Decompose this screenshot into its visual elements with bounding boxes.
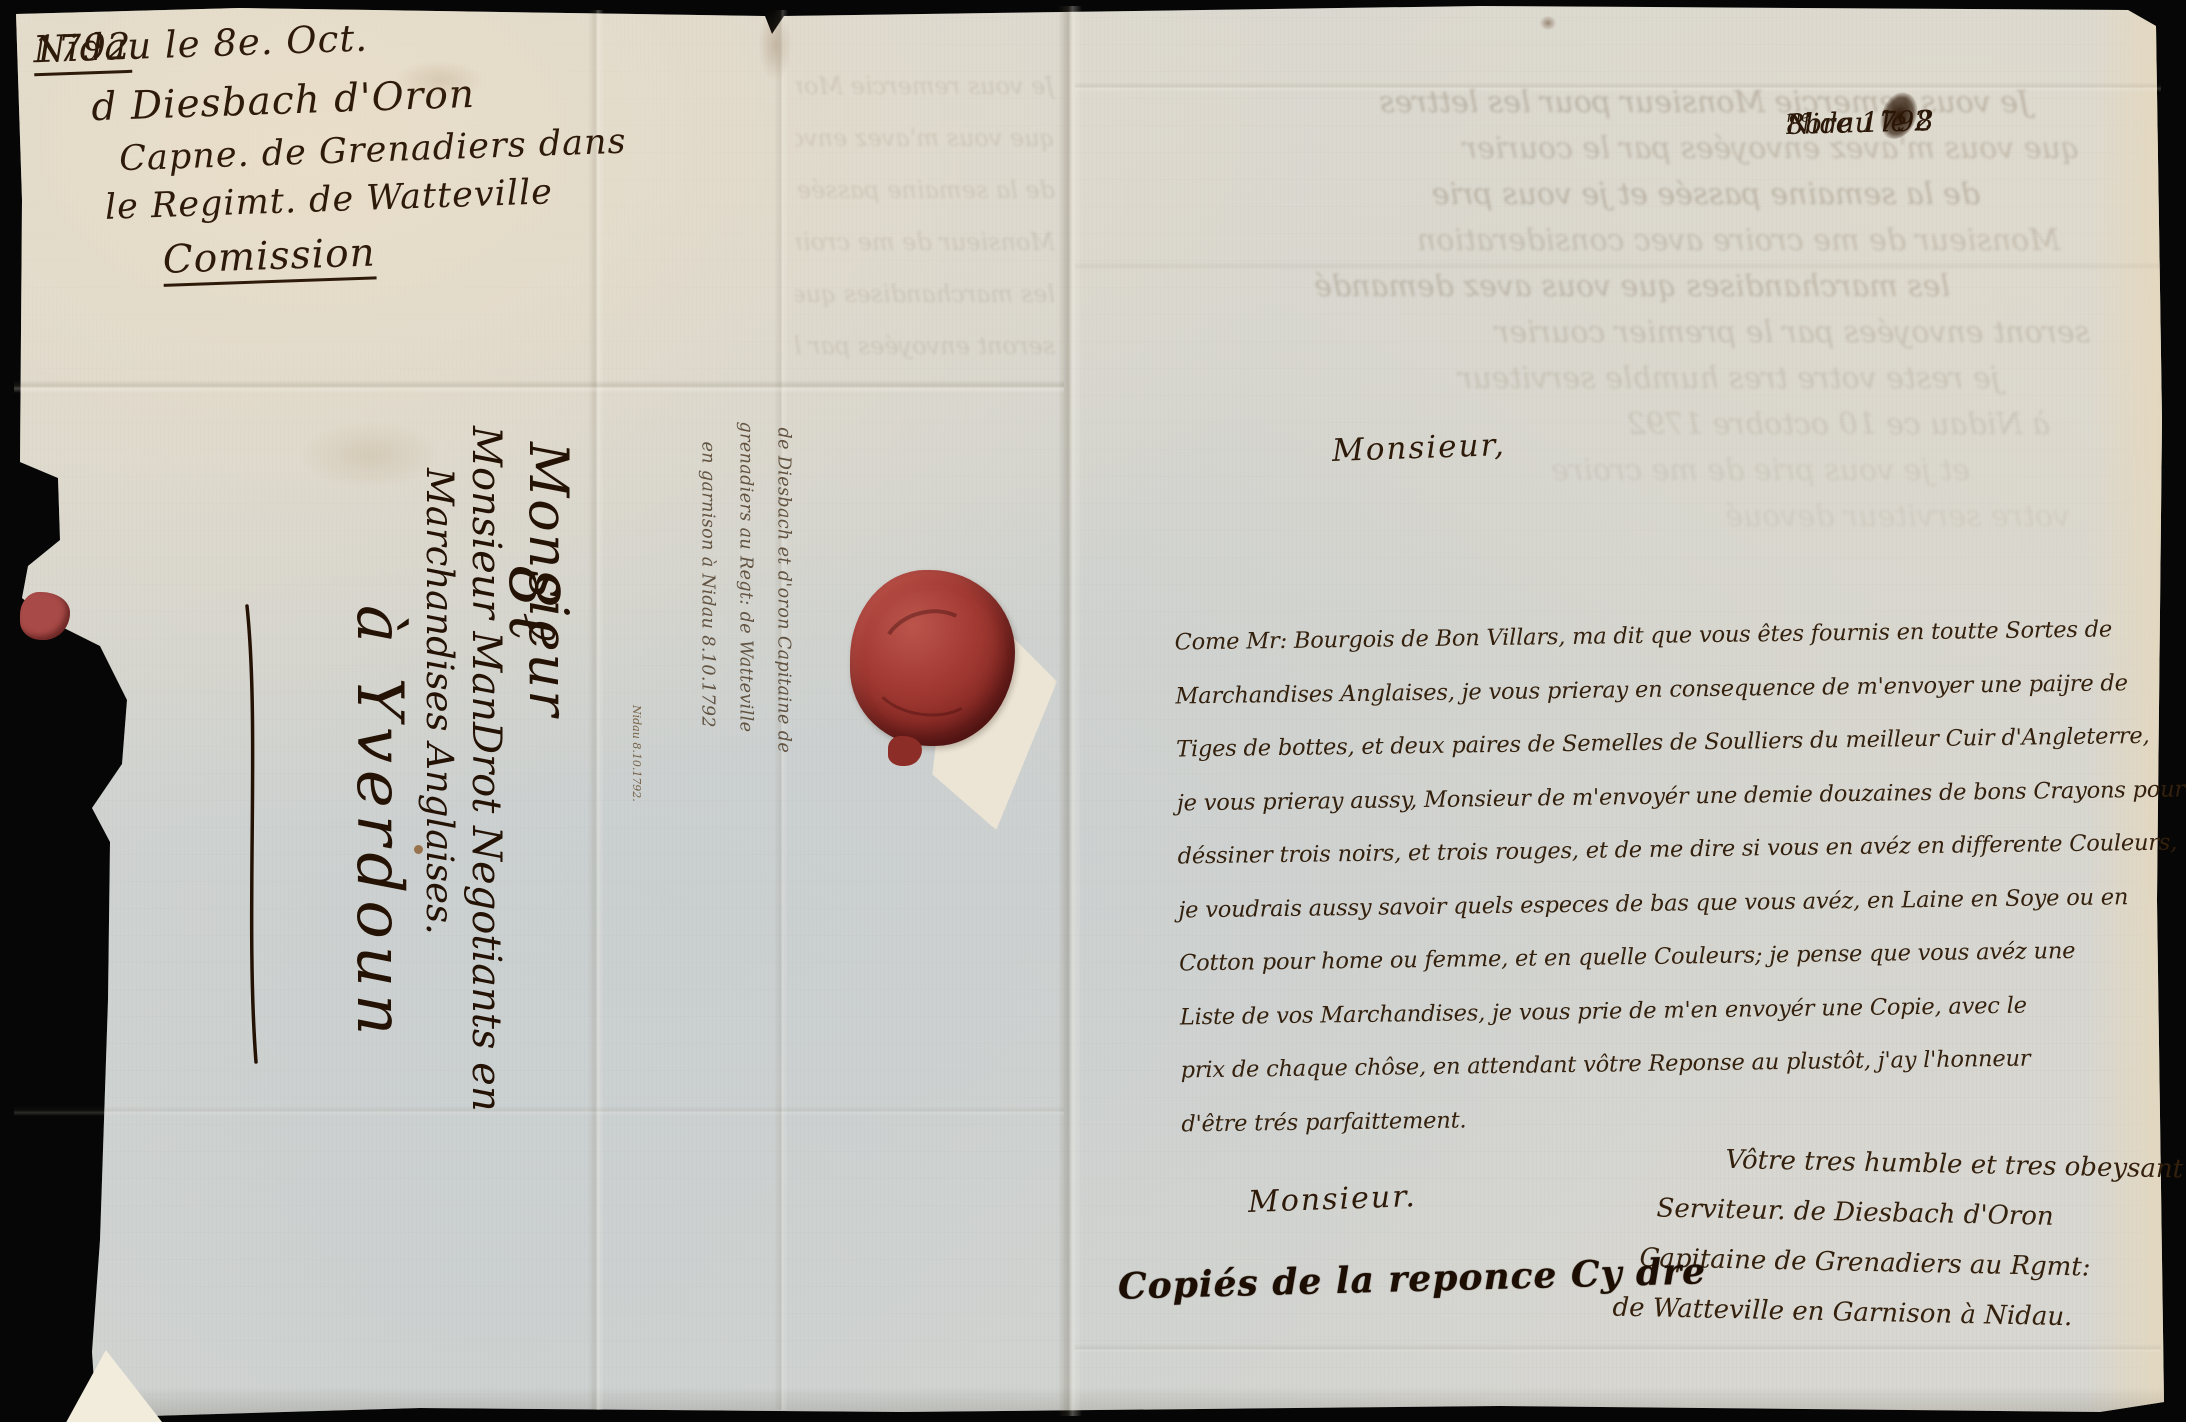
bleed-through-text: Je vous remercie Monsieur pour les lettr… <box>1085 80 2090 540</box>
second-salutation: Monsieur. <box>1247 1179 1417 1220</box>
stain-dot <box>414 845 423 854</box>
address-city: à Yverdoun <box>342 605 416 1050</box>
ghost-line: seront envoyées par le premier courier <box>795 320 1055 372</box>
tiny-archive-note: Nidau 8.10.1792. <box>627 705 643 805</box>
ghost-line: à Nidau ce 10 octobre 1792 <box>1085 402 2090 448</box>
ghost-line: et je vous prie de me croire <box>1085 448 2090 494</box>
address-trade: Marchandises Anglaises. <box>418 468 461 1050</box>
horizontal-fold-crease <box>14 1106 1064 1116</box>
bleed-through-text: Je vous remercie Monsieur pour les lettr… <box>795 60 1055 390</box>
docket-commission: Comission <box>162 230 376 286</box>
stain-fleck <box>1540 16 1556 30</box>
salutation: Monsieur, <box>1331 427 1506 469</box>
ghost-line: de la semaine passée et je vous prie <box>1085 172 2090 218</box>
ghost-line: votre serviteur devoué <box>1085 494 2090 540</box>
ghost-line: les marchandises que vous avez demandé <box>1085 264 2090 310</box>
closing-line: Vôtre tres humble et tres obeysant <box>1725 1135 2134 1194</box>
foxing-stain <box>300 420 440 490</box>
sender-docket: Nidau le 8e. Oct. 1792 d Diesbach d'Oron… <box>25 8 632 231</box>
ghost-line: je reste votre tres humble serviteur <box>1085 356 2090 402</box>
archivist-note-line: en garnison à Nidau 8.10.1792 <box>689 442 727 1003</box>
fold-stain <box>758 8 792 82</box>
scanned-letter: Je vous remercie Monsieur pour les lettr… <box>0 0 2186 1422</box>
archivist-note: de Diesbach et d'oron Capitaine de grena… <box>683 428 803 1003</box>
underline-flourish <box>242 600 262 1070</box>
ghost-line: de la semaine passée et je vous prie <box>795 164 1055 216</box>
vertical-fold-crease <box>588 10 604 1410</box>
postal-rate-mark: 8ℓ <box>488 565 572 815</box>
docket-sender-name: d Diesbach d'Oron <box>91 67 628 131</box>
ghost-line: Je vous remercie Monsieur pour les lettr… <box>1085 80 2090 126</box>
ghost-line: Monsieur de me croire avec consideration <box>1085 218 2090 264</box>
horizontal-fold-crease <box>1075 1344 2161 1353</box>
docket-date-year: 1792 <box>33 25 133 76</box>
closing-block: Vôtre tres humble et tres obeysant Servi… <box>1610 1133 2134 1344</box>
foxing-stain <box>395 60 485 100</box>
ghost-line: que vous m'avez envoyées par le courier <box>1085 126 2090 172</box>
wax-remnant <box>20 592 70 640</box>
ghost-line: Je vous remercie Monsieur pour les lettr… <box>795 60 1055 112</box>
ghost-line: seront envoyées par le premier courier <box>1085 310 2090 356</box>
letter-body: Come Mr: Bourgois de Bon Villars, ma dit… <box>1174 604 2106 1152</box>
ghost-line: les marchandises que vous avez demandé <box>795 268 1055 320</box>
archivist-note-line: de Diesbach et d'oron Capitaine de <box>765 428 803 1003</box>
ghost-line: Monsieur de me croire avec consideration <box>795 216 1055 268</box>
center-fold-crease <box>1058 6 1082 1416</box>
archivist-note-line: grenadiers au Regt: de Watteville <box>727 422 765 1003</box>
ghost-line: que vous m'avez envoyées par le courier <box>795 112 1055 164</box>
docket-rank: Capne. de Grenadiers dans <box>119 122 630 180</box>
